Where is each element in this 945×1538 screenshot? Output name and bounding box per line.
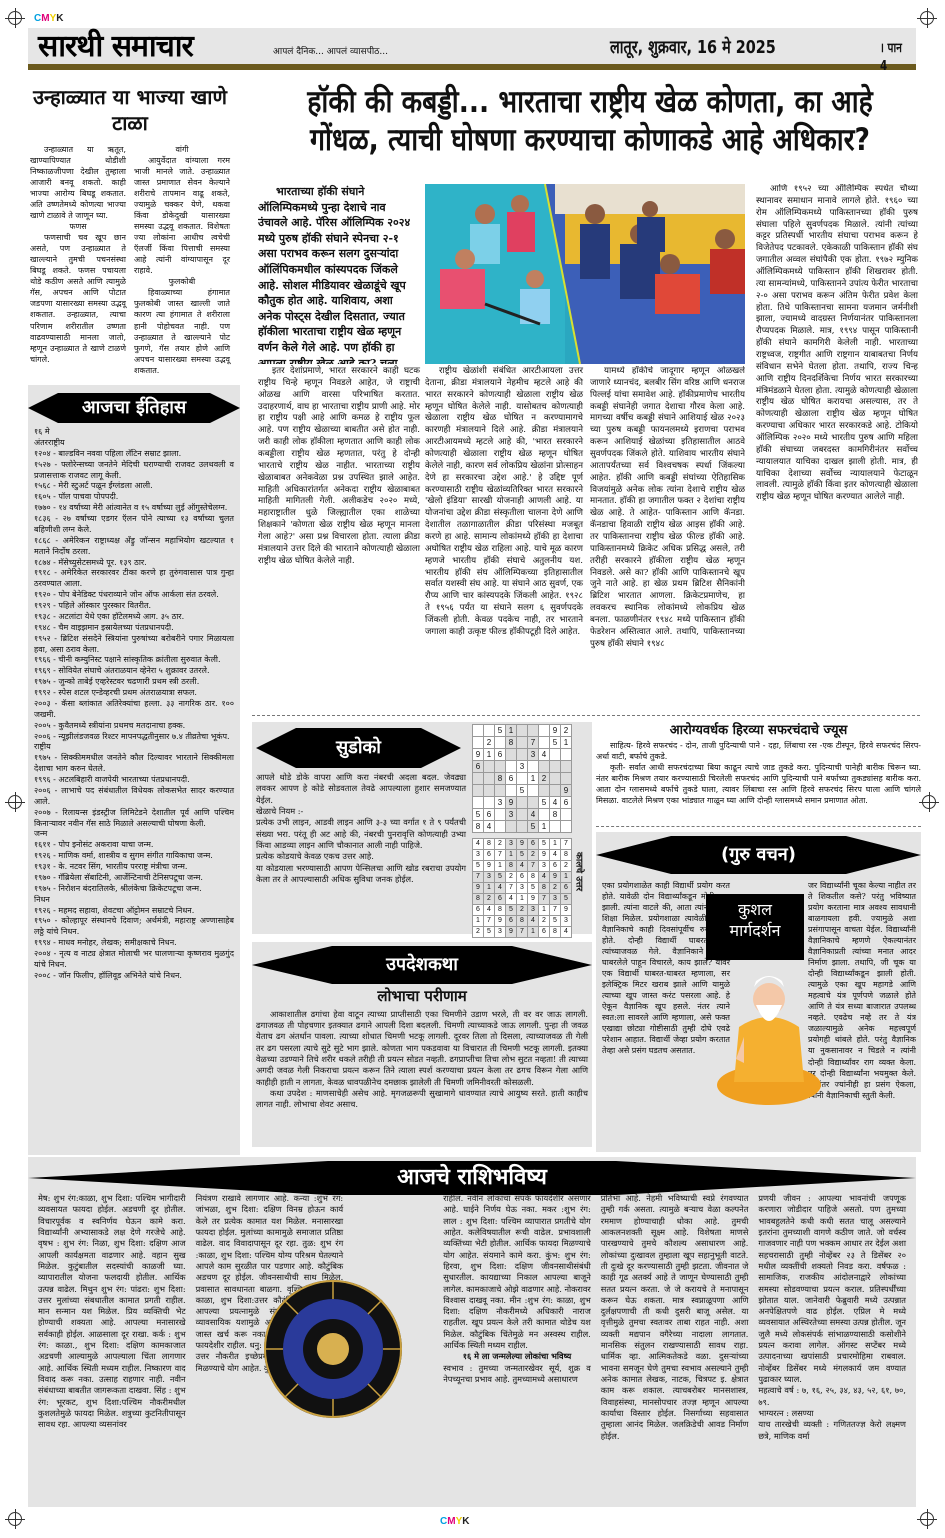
history-item: १९२९ - पहिले ऑस्कार पुरस्कार वितरीत. [34,601,234,612]
horoscope-column: राहील. नवीन लोकांचा संपर्क फायदेशीर असणा… [443,1193,591,1351]
sudoku-cell[interactable] [539,785,550,797]
sudoku-cell: 7 [528,861,539,872]
sudoku-cell[interactable] [561,749,572,761]
registration-mark-icon [920,1512,934,1526]
sudoku-cell: 1 [484,883,495,894]
history-banner: आजचा ईतिहास [28,393,240,423]
registration-mark-icon [8,11,22,25]
sudoku-cell: 3 [495,927,506,938]
sudoku-cell: 7 [484,916,495,927]
paragraph: फणसाची चव खूप छान असते, पण उन्हाळ्यात ते… [30,232,126,364]
sudoku-cell: 4 [561,927,572,938]
sudoku-cell: 7 [528,737,539,749]
paragraph: इतर देशांप्रमाणे, भारत सरकारने काही घटक … [258,366,420,568]
headline-line-1: हॉकी की कबड्डी... भारताचा राष्ट्रीय खेळ … [298,84,883,122]
sudoku-answer-grid: 4823965173671529485918473627352684919147… [472,838,572,938]
sudoku-cell: 4 [484,905,495,916]
history-item: १९९२ - स्पेस शटल एन्डेव्हरची प्रथम अंतरा… [34,688,234,699]
history-item: १९९६ - अटलबिहारी वाजपेयी भारताच्या पंतप्… [34,775,234,786]
sudoku-cell[interactable] [495,821,506,833]
sudoku-cell: 6 [528,839,539,850]
subheading-cauliflower: फुलकोबी [134,276,230,287]
sudoku-cell[interactable] [550,785,561,797]
sudoku-cell[interactable] [528,785,539,797]
story-section-title: उपदेशकथा [386,953,458,978]
sudoku-cell: 8 [550,809,561,821]
sudoku-cell: 1 [539,821,550,833]
callout-line-1: कुशल [706,900,804,921]
sudoku-cell: 5 [528,821,539,833]
sudoku-cell: 1 [473,916,484,927]
history-item: १९२६ - महमद सहावा, शेवटचा ऑट्टोमन सम्राट… [34,906,234,917]
sudoku-cell: 8 [561,850,572,861]
sudoku-puzzle-grid[interactable]: 519228751916346386125939546563488451 [472,724,572,833]
history-item: २००४ - नृत्य व नाट्य क्षेत्रात मोलाची भर… [34,949,234,971]
sudoku-cell[interactable] [539,761,550,773]
history-item: १९९४ - माधव मनोहर, लेखक; समीक्षकाचे निधन… [34,938,234,949]
tagline: आपलं दैनिक... आपलं व्यासपीठ... [273,46,388,58]
masthead: सारथी समाचार आपलं दैनिक... आपलं व्यासपीठ… [28,28,916,70]
history-title: आजचा ईतिहास [82,396,186,421]
sudoku-cell: 4 [517,861,528,872]
sudoku-cell: 6 [495,894,506,905]
sudoku-cell: 5 [550,737,561,749]
sudoku-cell: 7 [539,894,550,905]
page-number: । पान 4 [880,40,909,76]
sudoku-cell[interactable] [561,761,572,773]
summer-article-body: उन्हाळ्यात या ऋतूत, खाण्यापिण्यात थोडीशी… [30,144,230,376]
recipe-title: आरोग्यवर्धक हिरव्या सफरचंदाचे ज्यूस [596,722,921,740]
sudoku-cell: 2 [484,737,495,749]
history-item: १९२६ - माणिक वर्मा, शास्त्रीय व सुगम संग… [34,851,234,862]
sudoku-cell: 8 [473,894,484,905]
sudoku-cell: 4 [528,809,539,821]
sudoku-cell: 2 [561,861,572,872]
history-item: १८३६ - २७ वर्षाच्या एडगर ऍलन पोने त्याच्… [34,514,234,536]
history-item: १९५० - कोल्हापूर संस्थानचे दिवाण; अर्थमं… [34,916,234,938]
sudoku-cell: 4 [473,839,484,850]
sudoku-cell[interactable] [561,773,572,785]
sudoku-cell[interactable] [528,797,539,809]
answer-label: कालचे उत्तर [572,852,584,891]
divider [252,715,920,716]
sudoku-cell: 9 [517,839,528,850]
sudoku-note: या कोडयाला भरण्यासाठी आपण पेन्सिलचा आणि … [256,863,466,886]
sudoku-cell[interactable] [506,749,517,761]
cmyk-mark: CMYK [34,12,63,26]
sudoku-cell: 5 [473,861,484,872]
guru-box: (गुरु वचन) एका प्रयोगशाळेत काही विद्यार्… [596,832,921,1152]
sudoku-cell[interactable] [550,749,561,761]
sudoku-cell[interactable] [495,737,506,749]
sudoku-cell[interactable] [484,725,495,737]
history-item: २००७ - रिलायन्स इंडस्ट्रीज लिमिटेडने देश… [34,808,234,830]
registration-mark-icon [8,1512,22,1526]
story-title: लोभाचा परीणाम [256,986,588,1007]
sudoku-cell[interactable] [517,797,528,809]
horoscope-column: स्वभाव : तुमच्या जन्मतारखेवर सूर्य, शुक्… [443,1363,591,1386]
sudoku-cell: 6 [561,797,572,809]
history-item: १६११ - पोप इनोसंट अकरावा याचा जन्म. [34,840,234,851]
sudoku-cell[interactable] [506,761,517,773]
sudoku-intro: आपले थोडे डोके वापरा आणि करा नंबरची अदला… [256,772,466,806]
history-item: १९७५ - निरोशन बंदरातिलके, श्रीलंकेचा क्र… [34,884,234,895]
sudoku-cell: 9 [484,861,495,872]
history-group-label: अंतरराष्ट्रीय [34,438,234,449]
sudoku-cell: 3 [495,797,506,809]
sudoku-cell[interactable] [473,785,484,797]
sudoku-cell[interactable] [484,797,495,809]
history-item: १९१८ - अमेरिकेत सरकारवर टीका करणे हा तुर… [34,568,234,590]
history-item: १५२७ - फ्लोरेन्सच्या जनतेने मेदिची घराण्… [34,460,234,482]
sudoku-cell: 3 [484,872,495,883]
sudoku-cell: 2 [539,916,550,927]
sudoku-cell: 1 [539,905,550,916]
sudoku-cell: 6 [484,850,495,861]
paragraph: राष्ट्रीय खेळांशी संबंधित आरटीआयला उत्तर… [425,366,583,639]
sudoku-cell[interactable] [550,761,561,773]
registration-mark-icon [922,795,936,809]
sudoku-cell: 5 [539,839,550,850]
sudoku-cell: 4 [539,749,550,761]
sudoku-cell: 2 [561,725,572,737]
juice-recipe: आरोग्यवर्धक हिरव्या सफरचंदाचे ज्यूस साहि… [596,722,921,806]
divider [596,826,921,827]
sudoku-cell: 3 [561,916,572,927]
history-item: १९७५ - जुन्को ताबेई एव्हरेस्टवर चढणारी प… [34,677,234,688]
sudoku-cell: 9 [550,725,561,737]
sudoku-cell: 9 [539,850,550,861]
sudoku-cell: 3 [473,850,484,861]
sudoku-cell: 9 [528,894,539,905]
sudoku-cell: 9 [561,785,572,797]
history-group-label: जन्म [34,829,234,840]
sudoku-cell: 4 [484,821,495,833]
sudoku-cell: 2 [495,839,506,850]
sudoku-rules: प्रत्येक उभी लाइन, आडवी लाइन आणि ३-३ च्य… [256,817,466,851]
sudoku-cell: 5 [550,916,561,927]
sports-photo [425,184,745,364]
horoscope-box: आजचे राशिभविष्य मेष: शुभ रंग:काळा, शुभ द… [28,1157,916,1507]
lucky-gem: भाग्यरत्न : लसण्या [758,1408,906,1419]
horoscope-title: आजचे राशिभविष्य [397,1163,547,1193]
history-item: १९३८ - अटलांटा येथे एका हॉटेलमध्ये आग. ३… [34,612,234,623]
summer-intro: उन्हाळ्यात या ऋतूत, खाण्यापिण्यात थोडीशी… [30,144,126,221]
sudoku-cell: 1 [561,737,572,749]
history-box: आजचा ईतिहास १६ मे अंतरराष्ट्रीय १२०४ - ब… [28,385,240,1155]
paragraph: हिवाळ्याच्या हंगामात फुलकोबी जास्त खाल्ल… [134,287,230,375]
sudoku-cell: 1 [528,773,539,785]
sudoku-cell: 9 [506,797,517,809]
sudoku-cell: 6 [484,809,495,821]
history-item: १९७० - गॅब्रियेला सॅबाटिनी, आर्जेन्टिनाच… [34,873,234,884]
history-item: १९७५ - सिक्कीममधील जनतेने कौल दिल्यावर भ… [34,753,234,775]
lucky-years: महत्वाचे वर्ष : ७, १६, २५, ३४, ४३, ५२, ६… [758,1385,906,1408]
sudoku-cell: 6 [473,905,484,916]
sudoku-cell: 7 [561,839,572,850]
sudoku-cell: 5 [495,872,506,883]
sudoku-cell: 9 [473,749,484,761]
recipe-ingredients: साहित्य- हिरवे सफरचंद - दोन, ताजी पुदिन्… [596,740,921,762]
sudoku-cell: 5 [484,927,495,938]
article-column-3: यामध्ये हॉकीचे जादूगार म्हणून ओळखले जाणा… [590,366,745,716]
sudoku-cell[interactable] [550,773,561,785]
sudoku-cell[interactable] [528,725,539,737]
sudoku-cell[interactable] [539,737,550,749]
sudoku-cell: 4 [506,894,517,905]
sudoku-cell[interactable] [473,797,484,809]
sudoku-cell[interactable] [484,785,495,797]
sudoku-cell[interactable] [539,725,550,737]
sudoku-cell: 2 [473,927,484,938]
sudoku-cell[interactable] [495,761,506,773]
sudoku-cell: 4 [550,850,561,861]
sudoku-cell[interactable] [517,749,528,761]
sudoku-cell: 6 [506,773,517,785]
sudoku-cell: 8 [539,883,550,894]
sudoku-cell: 5 [517,850,528,861]
sudoku-cell: 7 [506,883,517,894]
zodiac-wheel-icon [263,1279,403,1419]
sudoku-cell: 1 [550,839,561,850]
sudoku-cell: 4 [550,797,561,809]
sudoku-cell: 1 [495,861,506,872]
sudoku-cell: 5 [473,809,484,821]
sudoku-cell[interactable] [550,821,561,833]
sudoku-cell: 1 [506,850,517,861]
sudoku-cell: 9 [550,872,561,883]
recipe-method: कृती- सर्वात आधी सफरचंदाच्या बिया काढून … [596,762,921,806]
sudoku-cell[interactable] [517,821,528,833]
history-item: १९२० - पोप बेनेडिक्ट पंधराव्याने जोन ऑफ … [34,590,234,601]
sudoku-cell: 2 [528,850,539,861]
same-birthdate-people: याच तारखेची व्यक्ती : गणिततज्ज्ञ केरो लक… [758,1419,906,1442]
article-column-1: इतर देशांप्रमाणे, भारत सरकारने काही घटक … [258,366,420,568]
summer-article-title: उन्हाळ्यात या भाज्या खाणे टाळा [30,84,230,136]
horoscope-column: प्रणयी जीवन : आपल्या भावनांची जपणूक करणा… [758,1193,906,1385]
history-item: १९४८ - चैम वाइझमान इस्रायेलच्या पंतप्रधा… [34,623,234,634]
sage-illustration-icon [714,967,824,1107]
sudoku-cell[interactable] [473,725,484,737]
sudoku-cell: 8 [495,773,506,785]
sudoku-cell: 6 [539,927,550,938]
history-date: १६ मे [34,427,234,438]
history-item: १२०४ - बाल्डविन नववा पहिला लॅटिन सम्राट … [34,449,234,460]
paragraph: आणि १९५२ च्या ऑलिम्पिक स्पर्धेत चौथ्या स… [756,184,918,504]
sudoku-cell: 2 [506,872,517,883]
horoscope-column: प्रतिभा आहे. नेहमी भविष्याची स्वप्ने रंग… [601,1193,749,1442]
paragraph: यामध्ये हॉकीचे जादूगार म्हणून ओळखले जाणा… [590,366,745,651]
history-item: १६०५ - पॉल पाचवा पोपपदी. [34,492,234,503]
sudoku-cell: 6 [561,883,572,894]
sudoku-note: प्रत्येक कोडयाचे केवळ एकच उत्तर आहे. [256,851,466,862]
sudoku-cell: 9 [506,927,517,938]
horoscope-banner: आजचे राशिभविष्य [28,1161,916,1195]
sudoku-cell[interactable] [484,773,495,785]
subheading-brinjal: वांगी [134,144,230,155]
sudoku-cell: 6 [473,761,484,773]
guru-callout: कुशल मार्गदर्शन [706,894,804,960]
sudoku-cell: 4 [495,883,506,894]
sudoku-cell[interactable] [484,761,495,773]
story-moral: कथा उपदेश : माणसाचेही असेच आहे. मृगजळरूप… [256,1088,588,1111]
article-lead: भारताच्या हॉकी संघाने ऑलिम्पिकमध्ये पुन्… [258,184,418,364]
story-banner: उपदेशकथा [252,946,592,984]
history-item: १७७० - १४ वर्षाच्या मेरी आंत्वानेत व १५ … [34,503,234,514]
sudoku-cell[interactable] [517,773,528,785]
subheading-jackfruit: फणस [30,221,126,232]
history-item: १९६६ - चीनी कम्युनिस्ट पक्षाने सांस्कृति… [34,655,234,666]
sudoku-cell: 4 [539,872,550,883]
sudoku-cell[interactable] [517,809,528,821]
history-item: १८६८ - अमेरिकन राष्ट्राध्यक्ष अँड्रु जॉन… [34,536,234,558]
sudoku-cell: 5 [495,725,506,737]
sudoku-cell: 5 [539,797,550,809]
horoscope-column: मेष: शुभ रंग:काळा, शुभ दिशा: पश्चिम भागी… [38,1193,186,1442]
sudoku-cell[interactable] [561,809,572,821]
sudoku-cell: 1 [561,872,572,883]
sudoku-cell: 5 [506,905,517,916]
history-item: १५६८ - मेरी स्टुअर्ट पळून ईंग्लंडला आली. [34,481,234,492]
sudoku-cell: 6 [517,872,528,883]
sudoku-cell: 3 [528,749,539,761]
sudoku-cell: 1 [528,927,539,938]
sudoku-cell: 3 [517,761,528,773]
guru-right-text: जर विद्यार्थ्यांनी चूका केल्या नाहीत तर … [808,880,916,1145]
guru-title: (गुरु वचन) [721,843,796,868]
sudoku-cell: 8 [506,737,517,749]
sudoku-cell: 9 [473,883,484,894]
history-item: २००३ - कॅसा ब्लांकात अतिरेक्यांचा हल्ला.… [34,699,234,721]
sudoku-cell: 8 [550,927,561,938]
story-text: आकाशातील ढगांचा हेवा वाटून त्याच्या प्रा… [256,1009,588,1088]
sudoku-cell[interactable] [517,737,528,749]
sudoku-cell: 5 [561,894,572,905]
article-column-2: राष्ट्रीय खेळांशी संबंधित आरटीआयला उत्तर… [425,366,583,639]
sudoku-cell: 5 [517,785,528,797]
history-item: १८७४ - मॅसेच्युसेटसमध्ये पूर. १३९ ठार. [34,558,234,569]
sudoku-cell: 2 [517,905,528,916]
sudoku-cell: 7 [550,905,561,916]
sudoku-cell: 3 [528,905,539,916]
sudoku-cell: 6 [495,749,506,761]
sudoku-cell: 2 [539,773,550,785]
history-group-label: राष्ट्रीय [34,742,234,753]
sudoku-cell: 3 [517,883,528,894]
history-group-label: निधन [34,895,234,906]
sudoku-cell: 5 [528,883,539,894]
sudoku-cell[interactable] [561,821,572,833]
sudoku-cell: 3 [550,894,561,905]
history-item: २००५ - कुवैतमध्ये स्त्रीयांना प्रथमच मतद… [34,721,234,732]
sudoku-rules-label: खेळाचे नियम :- [256,806,466,817]
history-item: १९५२ - ब्रिटिश संसदेने स्त्रियांना पुरुष… [34,634,234,656]
sudoku-box: सुडोको आपले थोडे डोके वापरा आणि करा नंबर… [252,722,592,934]
article-column-4: आणि १९५२ च्या ऑलिम्पिक स्पर्धेत चौथ्या स… [756,184,918,714]
sudoku-cell: 3 [506,809,517,821]
sudoku-cell: 2 [550,883,561,894]
sudoku-cell: 7 [517,927,528,938]
sudoku-cell: 8 [473,821,484,833]
sudoku-cell: 4 [528,916,539,927]
sudoku-cell: 8 [495,905,506,916]
sudoku-cell: 6 [550,861,561,872]
history-item: २००८ - जॉन फिलीप, हॉलिवूड अभिनेते यांचे … [34,971,234,982]
callout-line-2: मार्गदर्शन [706,921,804,942]
sudoku-cell[interactable] [495,809,506,821]
sudoku-cell[interactable] [517,725,528,737]
sudoku-cell[interactable] [506,821,517,833]
sudoku-cell: 7 [473,872,484,883]
sudoku-cell: 9 [495,916,506,927]
sudoku-cell: 1 [517,894,528,905]
sudoku-cell: 2 [484,894,495,905]
sudoku-cell[interactable] [506,785,517,797]
sudoku-cell: 8 [506,861,517,872]
newspaper-title: सारथी समाचार [38,26,193,67]
sudoku-cell[interactable] [528,761,539,773]
sudoku-cell: 9 [561,905,572,916]
history-item: १९६९ - सोवियेत संघाचे अंतराळयान व्हेनेरा… [34,666,234,677]
sudoku-cell: 1 [484,749,495,761]
main-headline: हॉकी की कबड्डी... भारताचा राष्ट्रीय खेळ … [298,84,883,160]
sudoku-cell: 8 [484,839,495,850]
cmyk-mark-bottom: CMYK [440,1515,469,1529]
sudoku-cell[interactable] [495,785,506,797]
history-item: २००६ - न्यूझीलंडजवळ रिश्टर मापनपद्धतीनुस… [34,732,234,743]
history-item: १९३१ - के. नटवर सिंग, भारतीय परराष्ट्र म… [34,862,234,873]
history-item: २००६ - लाभाचे पद संबंधातील विधेयक लोकसभे… [34,786,234,808]
sudoku-cell[interactable] [473,773,484,785]
headline-line-2: गोंधळ, त्याची घोषणा करण्याचा कोणाकडे आहे… [298,122,883,160]
sudoku-cell: 8 [517,916,528,927]
sudoku-cell: 6 [506,916,517,927]
paragraph: आयुर्वेदात वांग्याला गरम भाजी मानले जाते… [134,155,230,276]
sudoku-cell[interactable] [473,737,484,749]
dateline: लातूर, शुक्रवार, 16 मे 2025 [610,36,776,61]
sudoku-cell: 1 [506,725,517,737]
birthday-heading: १६ मे ला जन्मलेल्या लोकांचा भविष्य [443,1351,591,1362]
sudoku-cell: 8 [528,872,539,883]
sudoku-cell: 7 [495,850,506,861]
sudoku-cell: 3 [506,839,517,850]
sudoku-cell: 3 [539,861,550,872]
story-box: उपदेशकथा लोभाचा परीणाम आकाशातील ढगांचा ह… [252,942,592,1147]
guru-banner: (गुरु वचन) [596,836,921,874]
sudoku-banner: सुडोको [256,728,461,768]
sudoku-cell[interactable] [539,809,550,821]
sudoku-title: सुडोको [336,736,381,761]
registration-mark-icon [8,795,22,809]
registration-mark-icon [920,11,934,25]
